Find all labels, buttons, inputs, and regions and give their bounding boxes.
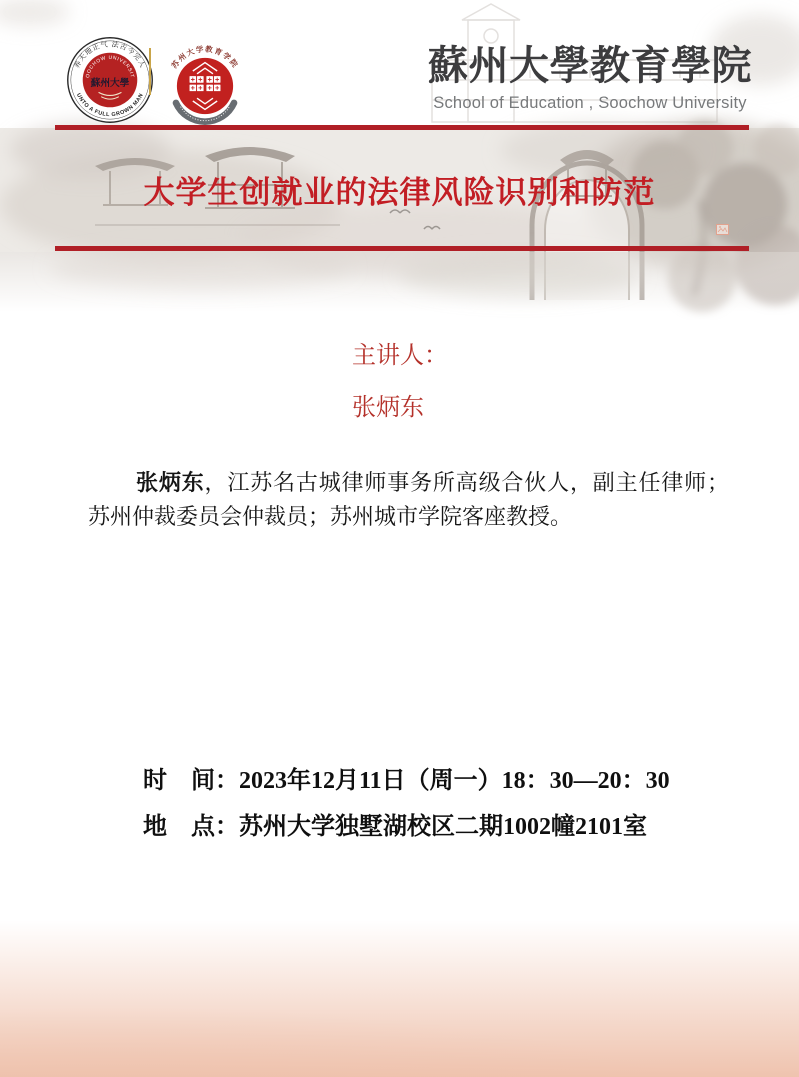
divider-rule-bottom: [55, 246, 749, 251]
schedule-block: 时 间：2023年12月11日（周一）18：30—20：30 地 点：苏州大学独…: [143, 766, 670, 858]
university-name-zh: 蘇州大學: [91, 76, 130, 89]
speaker-name: 张炳东: [352, 387, 424, 422]
speaker-label: 主讲人：: [352, 335, 448, 370]
logo-divider-line: [149, 48, 151, 95]
speaker-bio-name: 张炳东: [136, 470, 205, 495]
header-brand: 蘇州大學教育學院 School of Education , Soochow U…: [420, 34, 760, 113]
lecture-title: 大学生创就业的法律风险识别和防范: [0, 167, 799, 212]
time-value: 2023年12月11日（周一）18：30—20：30: [239, 768, 670, 794]
school-of-education-seal-logo: 苏州大学教育学院: [158, 26, 252, 131]
place-label: 地 点：: [143, 814, 239, 840]
place-value: 苏州大学独墅湖校区二期1002幢2101室: [239, 814, 647, 840]
brand-calligraphy-zh: 蘇州大學教育學院: [420, 34, 760, 91]
time-label: 时 间：: [143, 768, 239, 794]
soochow-university-seal-logo: 养天地正气 法古今完人 UNTO A FULL GROWN MAN SOOCHO…: [66, 36, 154, 124]
schedule-place-row: 地 点：苏州大学独墅湖校区二期1002幢2101室: [143, 812, 670, 842]
schedule-time-row: 时 间：2023年12月11日（周一）18：30—20：30: [143, 766, 670, 796]
speaker-bio: 张炳东，江苏名古城律师事务所高级合伙人，副主任律师；苏州仲裁委员会仲裁员；苏州城…: [88, 466, 729, 534]
seal-stamp-icon: [716, 224, 729, 235]
divider-rule-top: [55, 125, 749, 130]
footer-gradient: [0, 899, 799, 1077]
brand-subtitle-en: School of Education , Soochow University: [420, 94, 760, 113]
lecture-poster-page: 养天地正气 法古今完人 UNTO A FULL GROWN MAN SOOCHO…: [0, 0, 799, 1077]
